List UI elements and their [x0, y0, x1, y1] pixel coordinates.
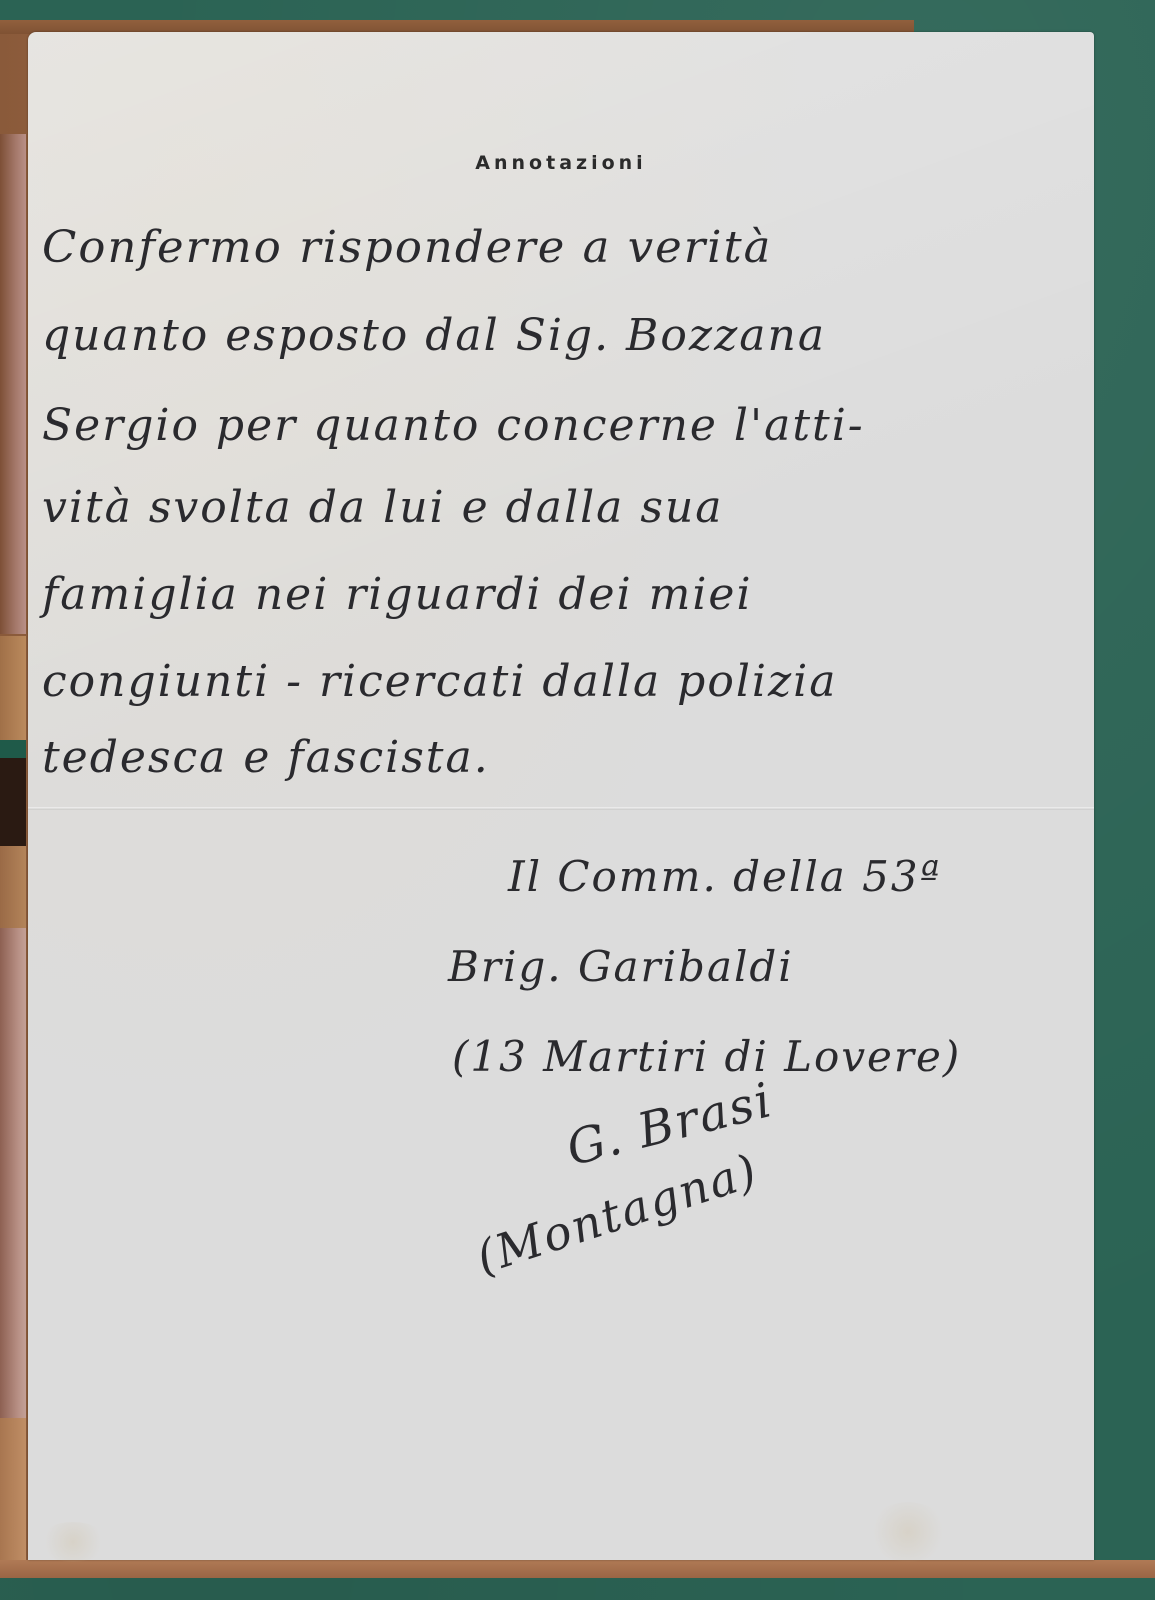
left-edge-binder-tab: [0, 846, 26, 928]
body-line-2: quanto esposto dal Sig. Bozzana: [42, 310, 826, 361]
left-edge-binder-tab: [0, 740, 26, 758]
left-edge-binder-tab: [0, 758, 26, 846]
body-line-3: Sergio per quanto concerne l'atti-: [42, 400, 865, 451]
signature-title-line-2: Brig. Garibaldi: [448, 942, 794, 991]
left-edge-binder-tab: [0, 1418, 26, 1560]
left-edge-binder-tab: [0, 134, 26, 634]
signature-title-line-3: (13 Martiri di Lovere): [452, 1032, 961, 1081]
body-line-1: Confermo rispondere a verità: [42, 222, 772, 273]
printed-header: Annotazioni: [28, 152, 1094, 174]
body-line-4: vità svolta da lui e dalla sua: [42, 482, 724, 533]
left-edge-binder-tab: [0, 928, 26, 1418]
body-line-5: famiglia nei riguardi dei miei: [42, 569, 753, 620]
signature-title-line-1: Il Comm. della 53ª: [508, 852, 942, 901]
paper-stain: [868, 1502, 948, 1562]
body-line-6: congiunti - ricercati dalla polizia: [42, 656, 837, 707]
left-edge-binder-tab: [0, 636, 26, 740]
paper-sheet: Annotazioni Confermo rispondere a verità…: [28, 32, 1094, 1560]
paper-fold-line: [28, 807, 1094, 810]
body-line-7: tedesca e fascista.: [42, 732, 490, 783]
paper-stain: [38, 1522, 108, 1562]
wooden-frame-bottom-edge: [0, 1560, 1155, 1578]
